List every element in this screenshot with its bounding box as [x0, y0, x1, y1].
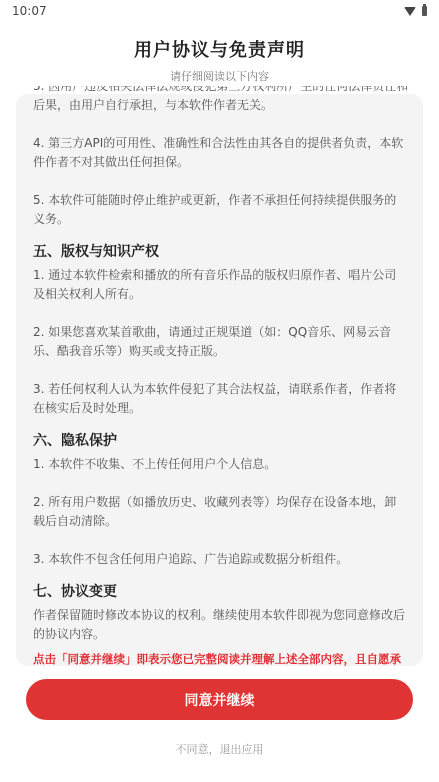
header: 用户协议与免责声明 请仔细阅读以下内容 [0, 36, 439, 84]
agreement-content: 3. 因用户违反相关法律法规或侵犯第三方权利所产生的任何法律责任和 后果，由用户… [33, 86, 408, 666]
paragraph: 2. 所有用户数据（如播放历史、收藏列表等）均保存在设备本地，卸载后自动清除。 [33, 493, 408, 531]
agree-continue-button[interactable]: 同意并继续 [26, 679, 413, 720]
page-title: 用户协议与免责声明 [0, 36, 439, 62]
status-bar: 10:07 [0, 0, 439, 22]
partial-text-line: 3. 因用户违反相关法律法规或侵犯第三方权利所产生的任何法律责任和 [33, 86, 408, 96]
page-subtitle: 请仔细阅读以下内容 [0, 68, 439, 84]
status-icons [404, 6, 427, 16]
battery-icon [422, 6, 427, 16]
section-title-changes: 七、协议变更 [33, 582, 408, 602]
paragraph: 4. 第三方API的可用性、准确性和合法性由其各自的提供者负责，本软件作者不对其… [33, 134, 408, 172]
paragraph: 3. 若任何权利人认为本软件侵犯了其合法权益，请联系作者，作者将在核实后及时处理… [33, 380, 408, 418]
paragraph: 作者保留随时修改本协议的权利。继续使用本软件即视为您同意修改后的协议内容。 [33, 606, 408, 644]
paragraph: 2. 如果您喜欢某首歌曲，请通过正规渠道（如：QQ音乐、网易云音乐、酷我音乐等）… [33, 323, 408, 361]
section-title-privacy: 六、隐私保护 [33, 431, 408, 451]
agreement-scroll-area[interactable]: 3. 因用户违反相关法律法规或侵犯第三方权利所产生的任何法律责任和 后果，由用户… [0, 86, 439, 666]
status-time: 10:07 [12, 4, 47, 18]
warning-text: 点击「同意并继续」即表示您已完整阅读并理解上述全部内容，且自愿承担使用本软件可能… [33, 650, 408, 666]
wifi-icon [404, 7, 416, 16]
decline-exit-link[interactable]: 不同意，退出应用 [0, 741, 439, 757]
paragraph: 3. 本软件不包含任何用户追踪、广告追踪或数据分析组件。 [33, 550, 408, 569]
paragraph: 1. 本软件不收集、不上传任何用户个人信息。 [33, 455, 408, 474]
paragraph: 5. 本软件可能随时停止维护或更新，作者不承担任何持续提供服务的义务。 [33, 191, 408, 229]
section-title-copyright: 五、版权与知识产权 [33, 242, 408, 262]
paragraph: 1. 通过本软件检索和播放的所有音乐作品的版权归原作者、唱片公司及相关权利人所有… [33, 266, 408, 304]
paragraph: 后果，由用户自行承担，与本软件作者无关。 [33, 96, 408, 115]
